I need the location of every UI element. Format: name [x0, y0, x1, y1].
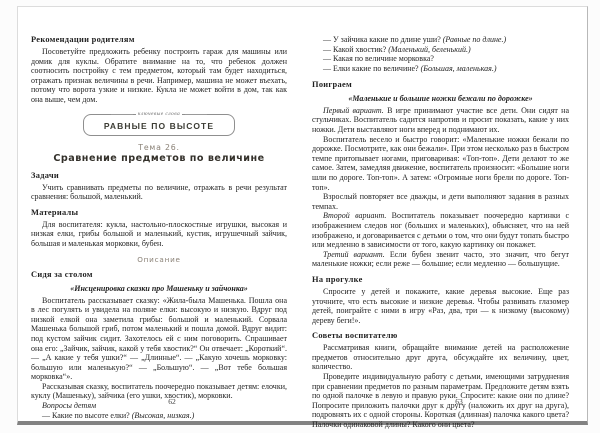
section-heading-tasks: Задачи	[31, 171, 287, 181]
legend-rule-left	[111, 114, 133, 115]
section-heading-walk: На прогулке	[312, 275, 569, 285]
variant-lead: Второй вариант.	[323, 211, 386, 220]
question-text: — У зайчика какие по длине уши?	[323, 35, 443, 44]
topic-title: Сравнение предметов по величине	[31, 153, 287, 165]
question-line: — У зайчика какие по длине уши? (Равные …	[312, 35, 569, 45]
keywords-box: ключевые слова РАВНЫЕ ПО ВЫСОТЕ	[83, 114, 235, 136]
section-heading-play: Поиграем	[312, 80, 569, 90]
question-text: — Елки какие по величине?	[323, 64, 421, 73]
variant-paragraph: Третий вариант. Если бубен звенит часто,…	[312, 250, 569, 269]
answer-text: (Высокая, низкая.)	[132, 411, 195, 420]
book-spread: Рекомендации родителям Посоветуйте предл…	[17, 6, 588, 425]
walk-paragraph: Спросите у детей и покажите, какие дерев…	[312, 287, 569, 325]
materials-paragraph: Для воспитателя: кукла, настольно-плоско…	[31, 220, 287, 249]
topic-kicker: Тема 26.	[31, 143, 287, 152]
question-line: — Какой хвостик? (Маленький, беленький.)	[312, 45, 569, 55]
variant-lead: Первый вариант.	[323, 106, 384, 115]
question-line: — Какие по высоте елки? (Высокая, низкая…	[31, 411, 287, 421]
answer-text: (Большая, маленькая.)	[421, 64, 497, 73]
legend-rule-right	[185, 114, 207, 115]
section-heading-recommendations: Рекомендации родителям	[31, 35, 287, 45]
recommendations-paragraph: Посоветуйте предложить ребенку построить…	[31, 47, 287, 105]
page-number-left: 62	[152, 397, 192, 406]
keywords-legend: ключевые слова	[84, 111, 234, 117]
variant-paragraph: Первый вариант. В игре принимают участие…	[312, 106, 569, 135]
question-text: — Какая по величине морковка?	[323, 54, 434, 63]
variant-lead: Третий вариант.	[323, 250, 385, 259]
play-paragraph: Взрослый повторяет все дважды, и дети вы…	[312, 192, 569, 211]
tasks-paragraph: Учить сравнивать предметы по величине, о…	[31, 183, 287, 202]
game-title: «Маленькие и большие ножки бежали по дор…	[312, 94, 569, 104]
question-text: — Какие по высоте елки?	[42, 411, 132, 420]
question-line: — Какая по величине морковка?	[312, 54, 569, 64]
section-heading-advice: Советы воспитателю	[312, 331, 569, 341]
keywords-label: ключевые слова	[136, 111, 182, 117]
right-page: — У зайчика какие по длине уши? (Равные …	[312, 35, 569, 430]
section-heading-materials: Материалы	[31, 208, 287, 218]
keywords-text: РАВНЫЕ ПО ВЫСОТЕ	[88, 121, 230, 131]
section-heading-at-table: Сидя за столом	[31, 270, 287, 280]
story-paragraph: Воспитатель рассказывает сказку: «Жила-б…	[31, 296, 287, 382]
left-page: Рекомендации родителям Посоветуйте предл…	[31, 35, 287, 420]
advice-paragraph: Рассматривая книги, обращайте внимание д…	[312, 343, 569, 372]
play-paragraph: Воспитатель весело и быстро говорит: «Ма…	[312, 135, 569, 193]
scene-title: «Инсценировка сказки про Машеньку и зайч…	[31, 284, 287, 294]
question-line: — Елки какие по величине? (Большая, мале…	[312, 64, 569, 74]
page-number-right: 63	[439, 397, 479, 406]
description-heading: Описание	[31, 255, 287, 264]
answer-text: (Маленький, беленький.)	[388, 45, 470, 54]
answer-text: (Равные по длине.)	[443, 35, 506, 44]
question-text: — Какой хвостик?	[323, 45, 388, 54]
variant-paragraph: Второй вариант. Воспитатель показывает п…	[312, 211, 569, 249]
